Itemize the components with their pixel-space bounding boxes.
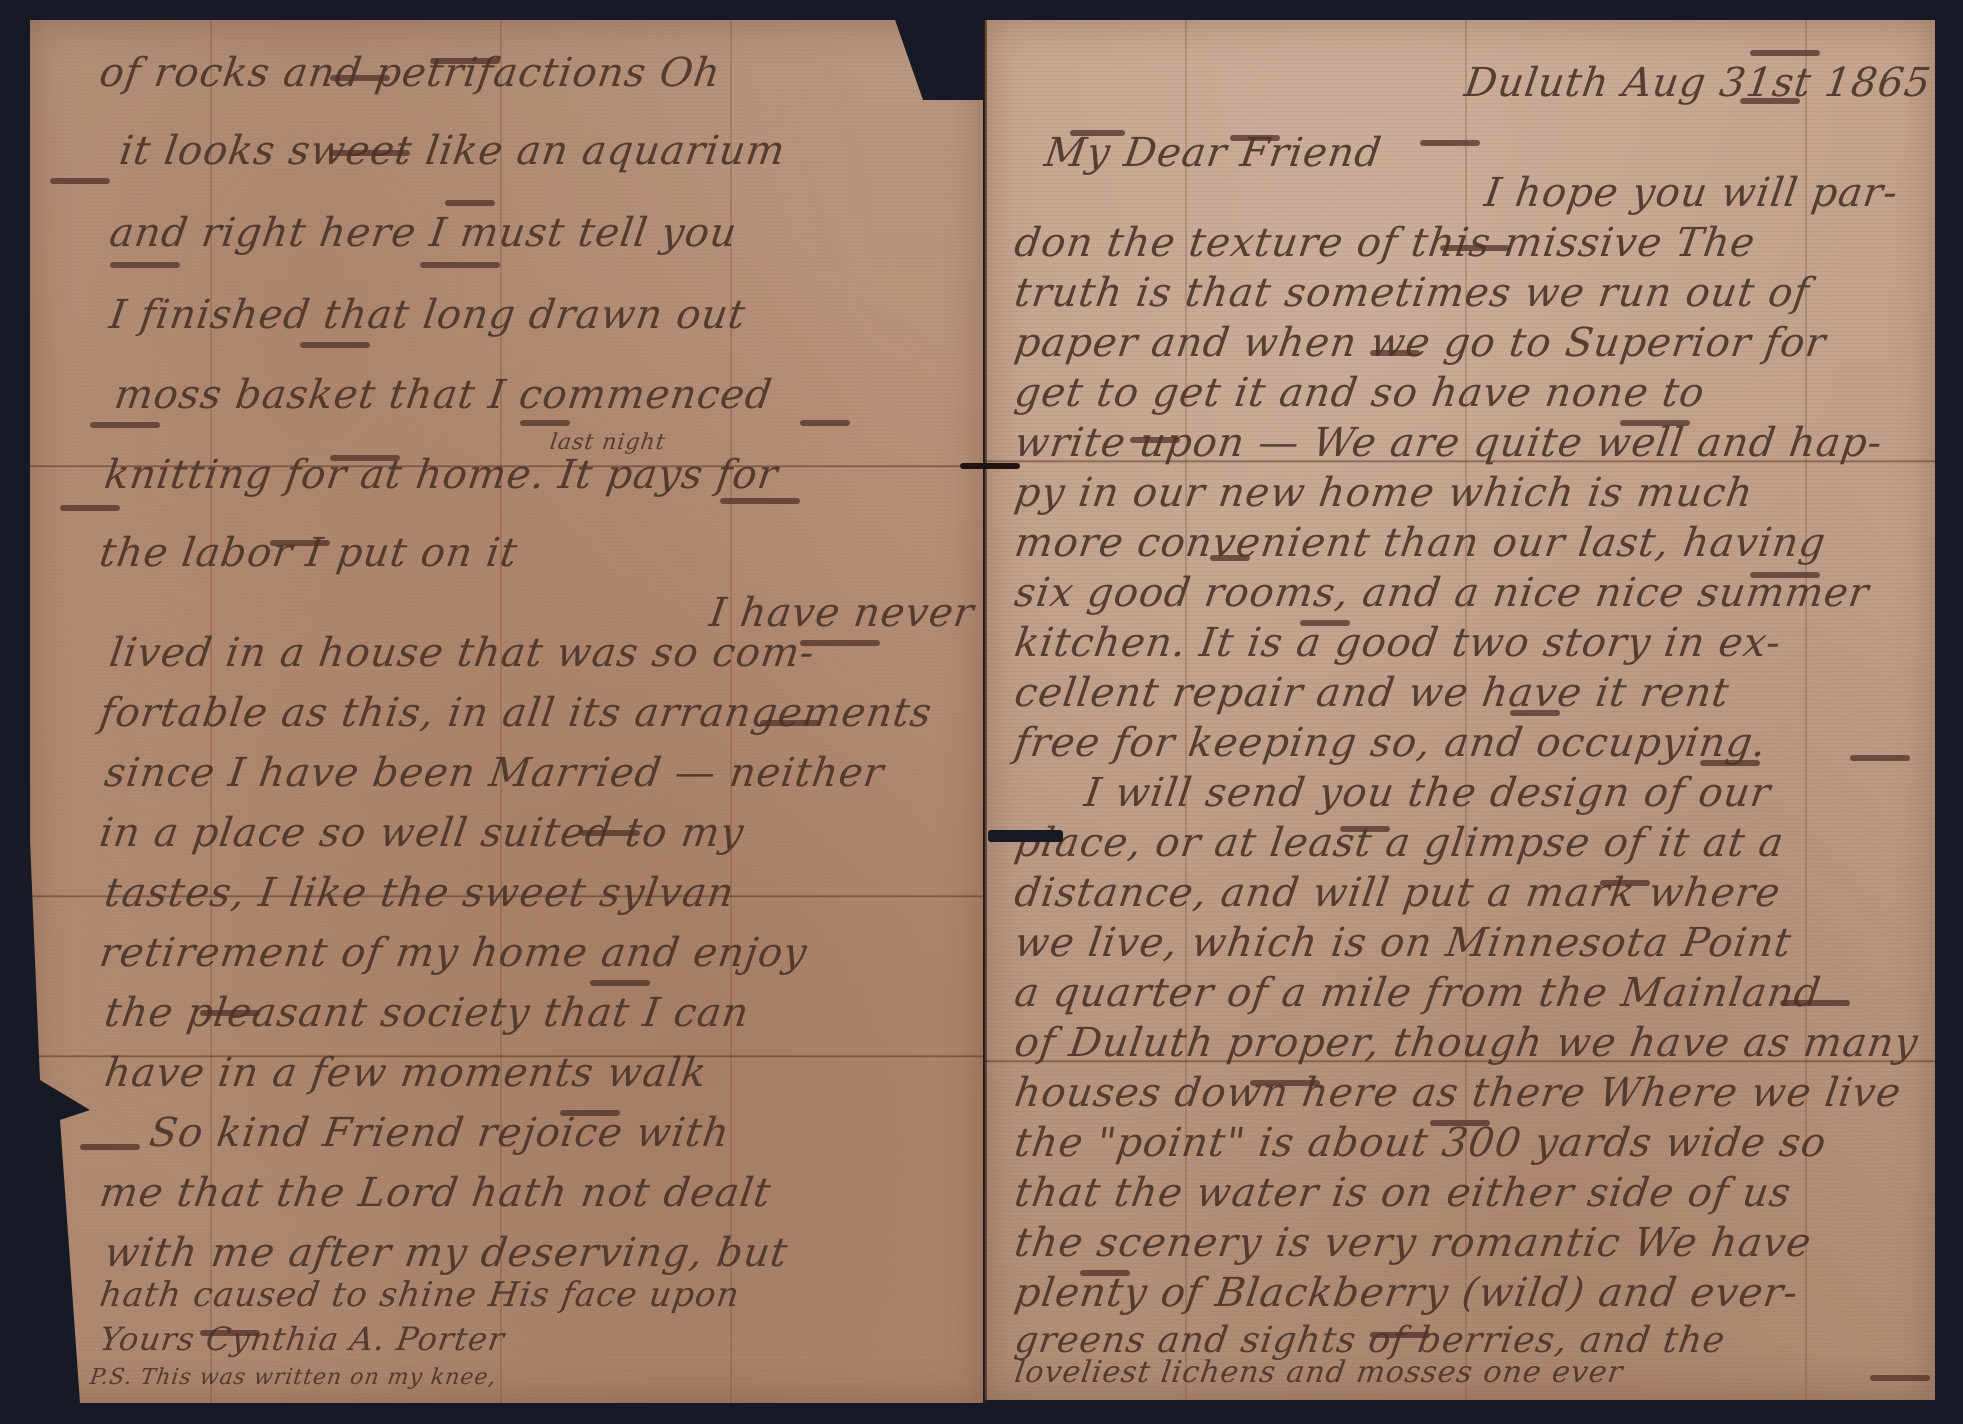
letter-signature: Yours Cynthia A. Porter	[97, 1320, 507, 1358]
dash-mark	[580, 830, 640, 836]
dash-mark	[760, 720, 820, 726]
dash-mark	[1750, 50, 1820, 56]
ink-mark	[960, 463, 1020, 469]
dash-mark	[560, 1110, 620, 1116]
dash-mark	[520, 420, 570, 426]
dash-mark	[200, 1330, 260, 1336]
dash-mark	[1080, 1270, 1130, 1276]
dash-mark	[1370, 350, 1420, 356]
dash-mark	[80, 1144, 140, 1150]
handwritten-line: loveliest lichens and mosses one ever	[1013, 1355, 1626, 1390]
dash-mark	[270, 540, 330, 546]
dash-mark	[1130, 437, 1180, 443]
dash-mark	[50, 178, 110, 184]
dash-mark	[1850, 755, 1910, 761]
handwritten-line: hath caused to shine His face upon	[97, 1275, 742, 1315]
dash-mark	[330, 455, 400, 461]
dash-mark	[60, 505, 120, 511]
dash-mark	[1750, 572, 1820, 578]
dash-mark	[590, 980, 650, 986]
dash-mark	[1510, 710, 1560, 716]
dash-mark	[330, 150, 410, 156]
dash-mark	[1430, 1120, 1490, 1126]
dash-mark	[90, 422, 160, 428]
dash-mark	[1780, 1000, 1850, 1006]
dash-mark	[1370, 1332, 1430, 1338]
letter-postscript: P.S. This was written on my knee,	[88, 1365, 498, 1390]
dash-mark	[430, 58, 500, 64]
dash-mark	[1600, 880, 1650, 886]
paper-tear	[988, 830, 1063, 842]
right-page-footer-text: loveliest lichens and mosses one ever	[985, 20, 1935, 1400]
dash-mark	[445, 200, 495, 206]
dash-mark	[1230, 135, 1280, 141]
dash-mark	[420, 262, 500, 268]
dash-mark	[1420, 140, 1480, 146]
center-fold	[984, 20, 987, 1403]
dash-mark	[300, 342, 370, 348]
dash-mark	[1070, 130, 1125, 136]
dash-mark	[110, 262, 180, 268]
dash-mark	[1250, 1080, 1320, 1086]
dash-mark	[1210, 555, 1250, 561]
dash-mark	[1870, 1375, 1930, 1381]
dash-mark	[1700, 760, 1760, 766]
dash-mark	[1440, 245, 1510, 251]
dash-mark	[1620, 420, 1690, 426]
dash-mark	[1340, 826, 1390, 832]
dash-mark	[200, 1010, 260, 1016]
dash-mark	[1740, 98, 1800, 104]
dash-mark	[330, 75, 390, 81]
dash-mark	[800, 420, 850, 426]
dash-mark	[1300, 620, 1350, 626]
dash-mark	[800, 640, 880, 646]
dash-mark	[720, 498, 800, 504]
left-page-closing-text: hath caused to shine His face upon Yours…	[30, 20, 983, 1403]
